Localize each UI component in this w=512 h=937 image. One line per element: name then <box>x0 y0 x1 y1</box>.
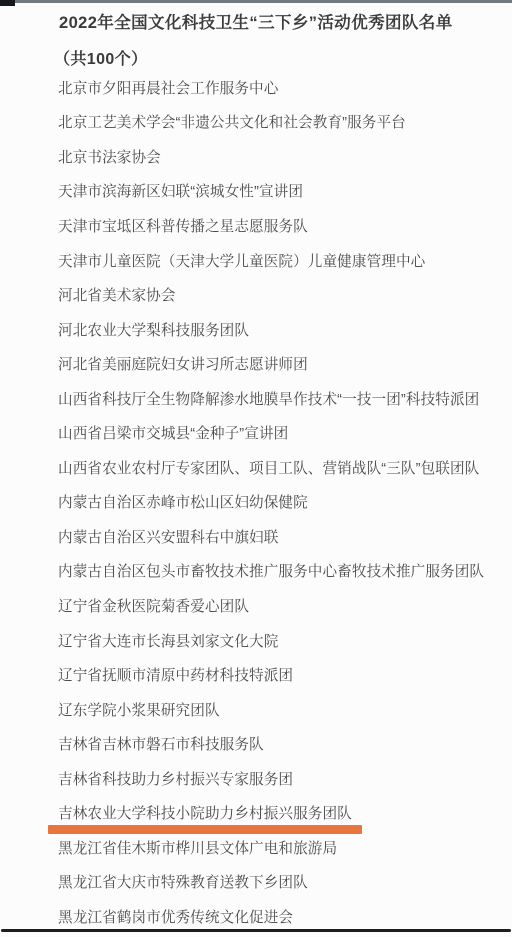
list-item: 北京市夕阳再晨社会工作服务中心 <box>0 70 512 105</box>
list-item: 河北农业大学梨科技服务团队 <box>0 312 512 347</box>
team-list: 北京市夕阳再晨社会工作服务中心北京工艺美术学会“非遗公共文化和社会教育”服务平台… <box>0 70 512 934</box>
list-item: 山西省吕梁市交城县“金种子”宣讲团 <box>0 415 512 450</box>
list-item: 北京工艺美术学会“非遗公共文化和社会教育”服务平台 <box>0 105 512 140</box>
list-item: 辽宁省金秋医院菊香爱心团队 <box>0 588 512 623</box>
list-item: 天津市儿童医院（天津大学儿童医院）儿童健康管理中心 <box>0 243 512 278</box>
bottom-rule <box>1 929 511 932</box>
list-item: 河北省美术家协会 <box>0 277 512 312</box>
list-item: 辽宁省抚顺市清原中药材科技特派团 <box>0 657 512 692</box>
list-item: 山西省农业农村厅专家团队、项目工队、营销战队“三队”包联团队 <box>0 450 512 485</box>
list-item: 辽东学院小浆果研究团队 <box>0 692 512 727</box>
top-left-corner-mark <box>0 0 15 6</box>
document-page: 2022年全国文化科技卫生“三下乡”活动优秀团队名单 （共100个） 北京市夕阳… <box>0 0 512 937</box>
list-item: 内蒙古自治区兴安盟科右中旗妇联 <box>0 519 512 554</box>
list-item: 黑龙江省大庆市特殊教育送教下乡团队 <box>0 865 512 900</box>
list-item: 内蒙古自治区赤峰市松山区妇幼保健院 <box>0 485 512 520</box>
list-item: 河北省美丽庭院妇女讲习所志愿讲师团 <box>0 346 512 381</box>
list-item: 黑龙江省佳木斯市桦川县文体广电和旅游局 <box>0 830 512 865</box>
list-item: 吉林省吉林市磐石市科技服务队 <box>0 726 512 761</box>
list-item: 吉林省科技助力乡村振兴专家服务团 <box>0 761 512 796</box>
top-edge-line <box>0 0 512 3</box>
list-item: 北京书法家协会 <box>0 139 512 174</box>
list-item: 吉林农业大学科技小院助力乡村振兴服务团队 <box>0 795 512 830</box>
total-count-label: （共100个） <box>54 46 148 69</box>
list-item: 辽宁省大连市长海县刘家文化大院 <box>0 623 512 658</box>
list-item: 内蒙古自治区包头市畜牧技术推广服务中心畜牧技术推广服务团队 <box>0 554 512 589</box>
page-title: 2022年全国文化科技卫生“三下乡”活动优秀团队名单 <box>59 9 453 33</box>
list-item: 山西省科技厅全生物降解渗水地膜旱作技术“一技一团”科技特派团 <box>0 381 512 416</box>
list-item: 天津市滨海新区妇联“滨城女性”宣讲团 <box>0 174 512 209</box>
list-item: 天津市宝坻区科普传播之星志愿服务队 <box>0 208 512 243</box>
